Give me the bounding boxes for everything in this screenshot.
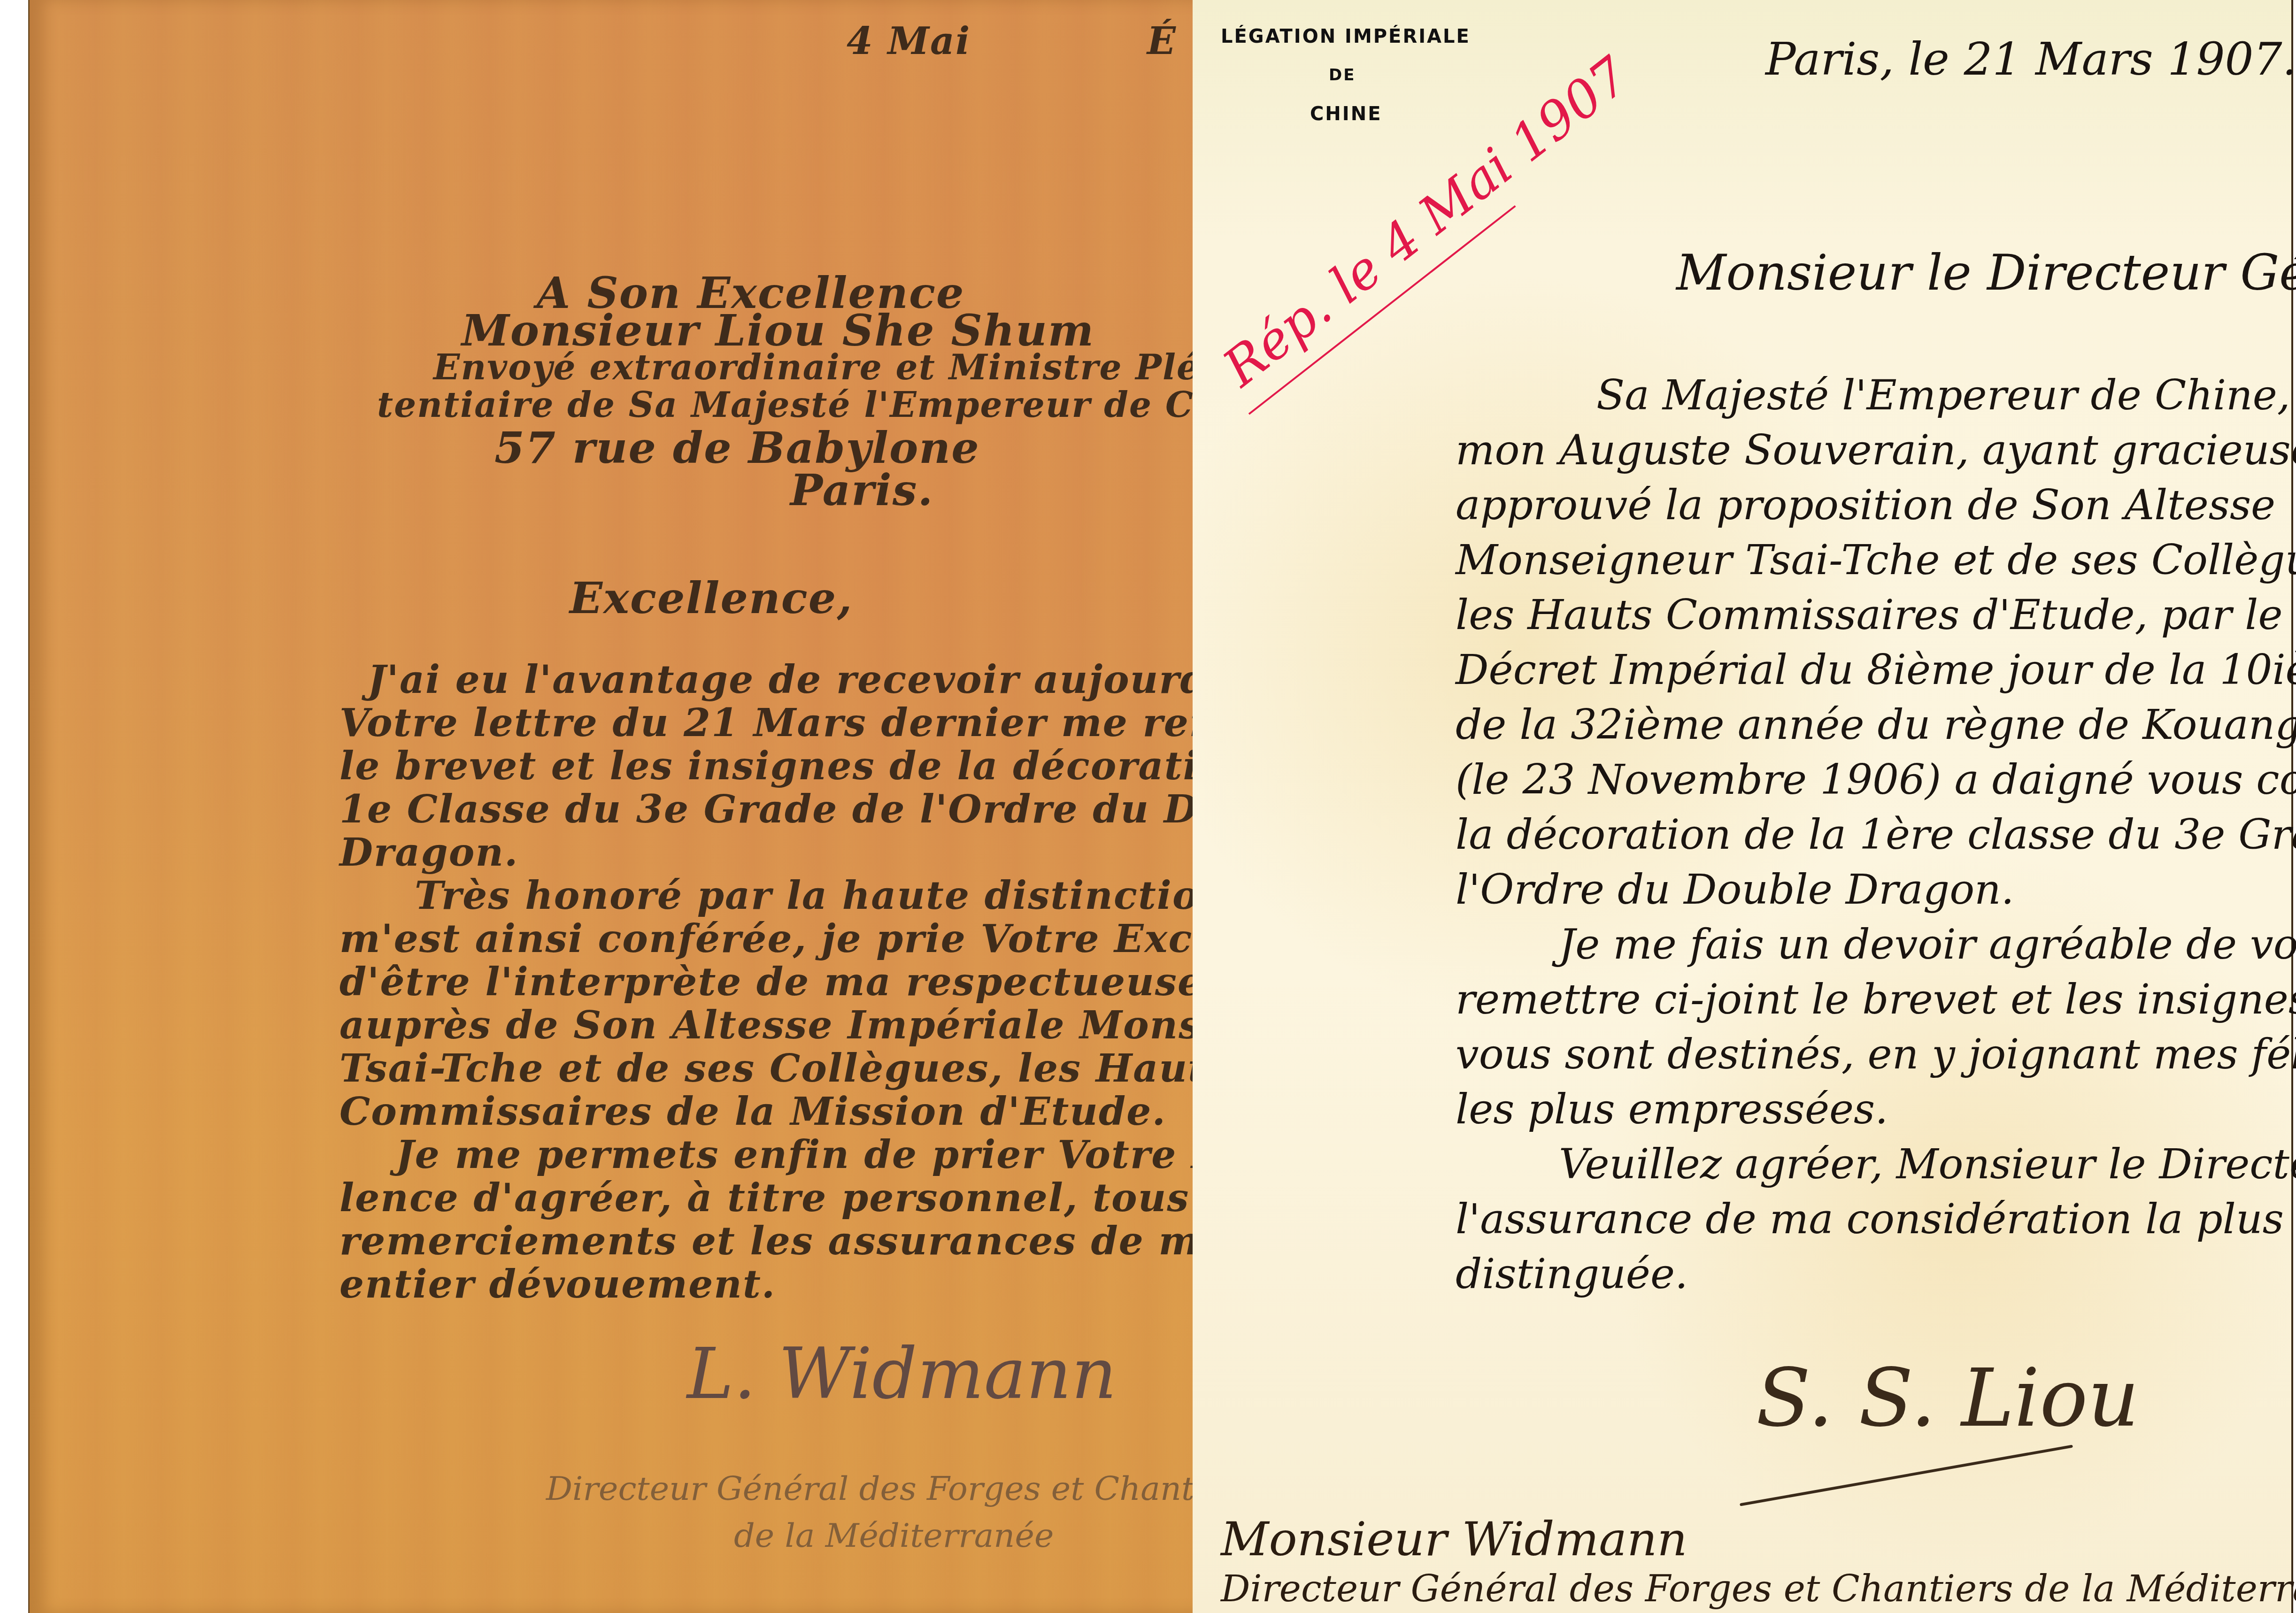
reply-letter-page: 4 Mai É A Son Excellence Monsieur Liou S… [28,0,1194,1613]
salutation: Excellence, [570,573,853,623]
body-line: l'Ordre du Double Dragon. [1456,865,2014,914]
body-line: Dragon. [339,830,519,875]
body-line: 1e Classe du 3e Grade de l'Ordre du Doub… [339,787,1323,832]
body-line: Je me fais un devoir agréable de vous [1559,920,2296,968]
body-line: vous sont destinés, en y joignant mes fé… [1456,1030,2296,1078]
body-line: Commissaires de la Mission d'Etude. [339,1089,1166,1134]
letterhead-line: LÉGATION IMPÉRIALE [1221,26,1471,47]
body-line: de la 32ième année du règne de Kouang-Su [1456,700,2296,749]
body-line: Très honoré par la haute distinction qui [415,873,1315,918]
body-line: la décoration de la 1ère classe du 3e Gr… [1456,810,2296,859]
body-line: les Hauts Commissaires d'Etude, par le [1456,591,2283,639]
letterhead-line: DE [1329,66,1356,84]
address-line: Envoyé extraordinaire et Ministre Plénip… [433,347,1305,388]
body-line: (le 23 Novembre 1906) a daigné vous conf… [1456,755,2296,804]
letterhead-line: CHINE [1310,103,1382,125]
recipient-title: Directeur Général des Forges et Chantier… [1221,1568,2296,1610]
body-line: mon Auguste Souverain, ayant gracieuseme… [1456,426,2296,474]
body-line: Décret Impérial du 8ième jour de la 10iè… [1456,645,2296,694]
body-line: lence d'agréer, à titre personnel, tous … [339,1175,1294,1221]
recipient-name: Monsieur Widmann [1221,1512,1687,1567]
pencil-note-line: Directeur Général des Forges et Chantier… [546,1469,1257,1508]
body-line: approuvé la proposition de Son Altesse [1456,481,2275,529]
signature: S. S. Liou [1756,1352,2139,1445]
body-line: Sa Majesté l'Empereur de Chine, [1596,371,2290,419]
body-line: J'ai eu l'avantage de recevoir aujourd'h… [368,657,1294,702]
red-reply-annotation: Rép. le 4 Mai 1907 [1212,46,1640,398]
address-line: Paris. [790,465,934,515]
address-line: tentiaire de Sa Majesté l'Empereur de Ch… [377,385,1296,425]
body-line: Monseigneur Tsai-Tche et de ses Collègue… [1456,536,2296,584]
body-line: Veuillez agréer, Monsieur le Directeur G… [1559,1140,2296,1188]
body-line: distinguée. [1456,1250,1688,1298]
salutation: Monsieur le Directeur Général, [1676,244,2296,301]
body-line: l'assurance de ma considération la plus [1456,1195,2284,1243]
pencil-note-line: de la Méditerranée [734,1516,1054,1555]
signature-flourish [1740,1445,2073,1506]
body-line: Tsai-Tche et de ses Collègues, les Hauts [339,1046,1229,1091]
body-line: remettre ci-joint le brevet et les insig… [1456,975,2296,1023]
body-line: entier dévouement. [339,1262,776,1307]
body-line: les plus empressées. [1456,1085,1888,1133]
date-note: 4 Mai [847,19,971,63]
legation-letter-page: LÉGATION IMPÉRIALE DE CHINE Paris, le 21… [1193,0,2293,1613]
corner-mark: É [1147,19,1177,63]
body-line: remerciements et les assurances de mon [339,1219,1256,1264]
signature: L. Widmann [687,1333,1117,1415]
date-line: Paris, le 21 Mars 1907. [1765,33,2296,85]
body-line: Je me permets enfin de prier Votre Excel… [396,1132,1328,1177]
